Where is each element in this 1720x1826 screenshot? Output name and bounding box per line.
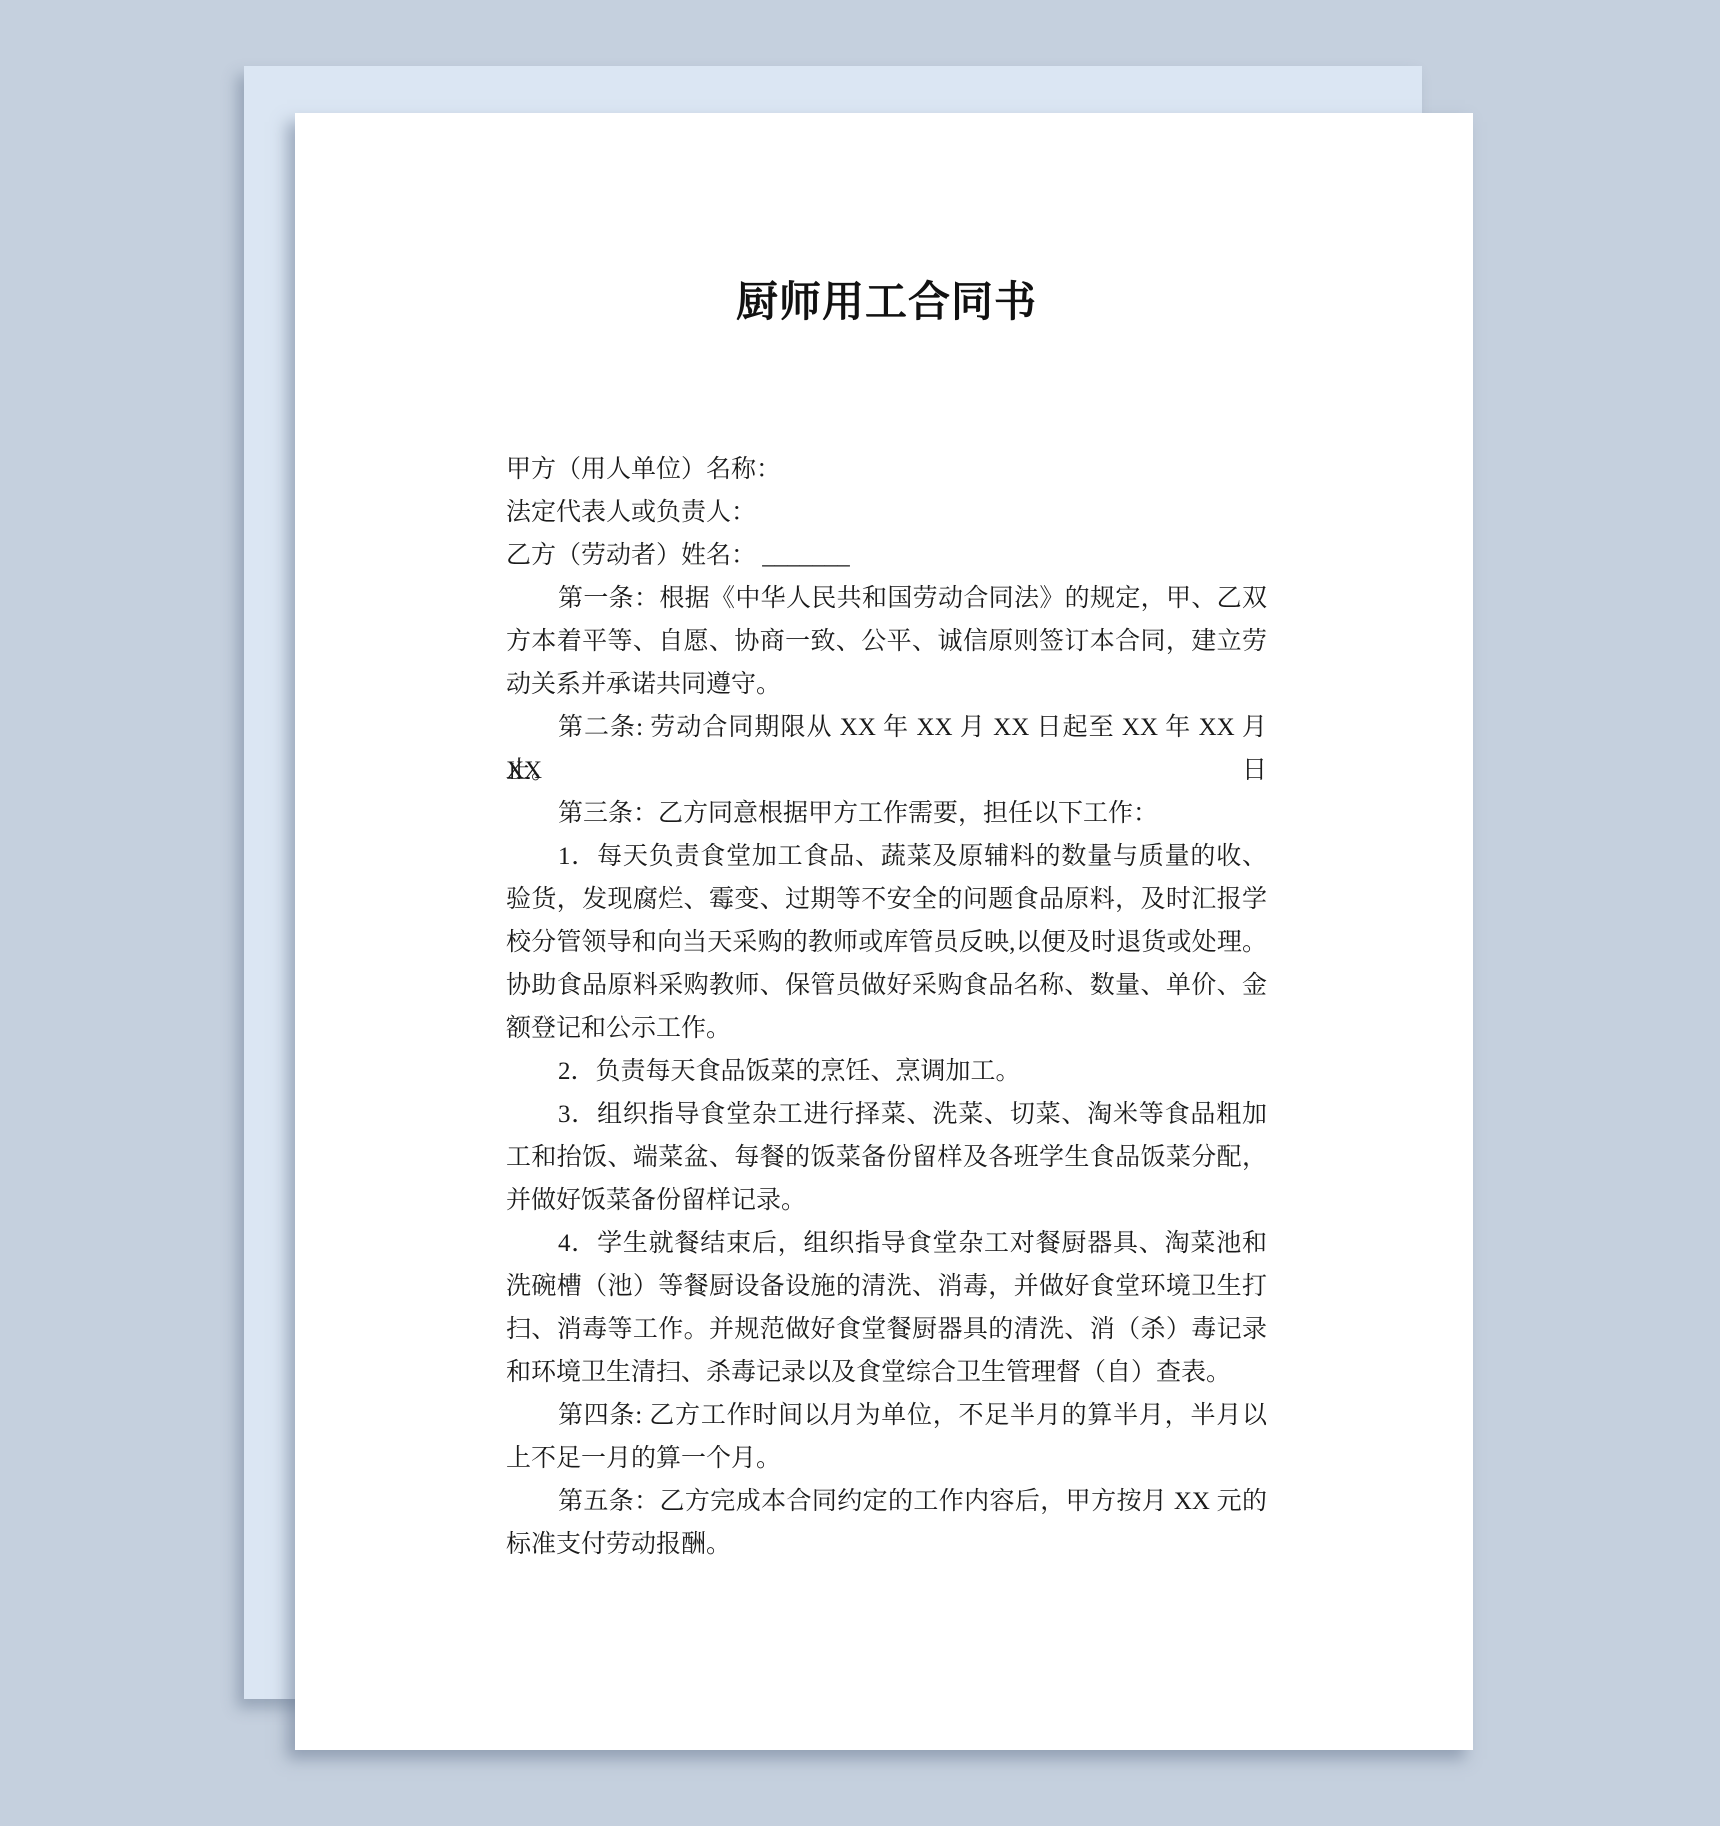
document-line: 第四条: 乙方工作时间以月为单位，不足半月的算半月，半月以 [506, 1394, 1267, 1437]
document-line: 4．学生就餐结束后，组织指导食堂杂工对餐厨器具、淘菜池和 [506, 1222, 1267, 1265]
document-line: 第五条：乙方完成本合同约定的工作内容后，甲方按月 XX 元的 [506, 1480, 1267, 1523]
document-line: 验货，发现腐烂、霉变、过期等不安全的问题食品原料，及时汇报学 [506, 878, 1267, 921]
document-line: 1．每天负责食堂加工食品、蔬菜及原辅料的数量与质量的收、 [506, 835, 1267, 878]
document-line: 2．负责每天食品饭菜的烹饪、烹调加工。 [506, 1050, 1267, 1093]
document-line: 并做好饭菜备份留样记录。 [506, 1179, 1267, 1222]
document-line: 协助食品原料采购教师、保管员做好采购食品名称、数量、单价、金 [506, 964, 1267, 1007]
document-line: 扫、消毒等工作。并规范做好食堂餐厨器具的清洗、消（杀）毒记录 [506, 1308, 1267, 1351]
document-line: 第三条：乙方同意根据甲方工作需要，担任以下工作： [506, 792, 1267, 835]
contract-page: 厨师用工合同书 甲方（用人单位）名称：法定代表人或负责人：乙方（劳动者）姓名： … [295, 113, 1473, 1750]
document-line: 方本着平等、自愿、协商一致、公平、诚信原则签订本合同，建立劳 [506, 620, 1267, 663]
document-line: 额登记和公示工作。 [506, 1007, 1267, 1050]
document-line: 第二条: 劳动合同期限从 XX 年 XX 月 XX 日起至 XX 年 XX 月 … [506, 706, 1267, 749]
document-line: 3．组织指导食堂杂工进行择菜、洗菜、切菜、淘米等食品粗加 [506, 1093, 1267, 1136]
document-line: 洗碗槽（池）等餐厨设备设施的清洗、消毒，并做好食堂环境卫生打 [506, 1265, 1267, 1308]
document-line: 法定代表人或负责人： [506, 491, 1267, 534]
document-line: 校分管领导和向当天采购的教师或库管员反映,以便及时退货或处理。 [506, 921, 1267, 964]
document-line: 动关系并承诺共同遵守。 [506, 663, 1267, 706]
page-content: 厨师用工合同书 甲方（用人单位）名称：法定代表人或负责人：乙方（劳动者）姓名： … [506, 273, 1267, 1566]
document-line: 工和抬饭、端菜盆、每餐的饭菜备份留样及各班学生食品饭菜分配， [506, 1136, 1267, 1179]
page-title: 厨师用工合同书 [506, 273, 1267, 333]
document-line: 甲方（用人单位）名称： [506, 448, 1267, 491]
document-line: 上不足一月的算一个月。 [506, 1437, 1267, 1480]
document-lines: 甲方（用人单位）名称：法定代表人或负责人：乙方（劳动者）姓名： _______第… [506, 448, 1267, 1566]
document-line: 第一条：根据《中华人民共和国劳动合同法》的规定，甲、乙双 [506, 577, 1267, 620]
document-line: 乙方（劳动者）姓名： _______ [506, 534, 1267, 577]
document-line: 标准支付劳动报酬。 [506, 1523, 1267, 1566]
document-line: 和环境卫生清扫、杀毒记录以及食堂综合卫生管理督（自）查表。 [506, 1351, 1267, 1394]
